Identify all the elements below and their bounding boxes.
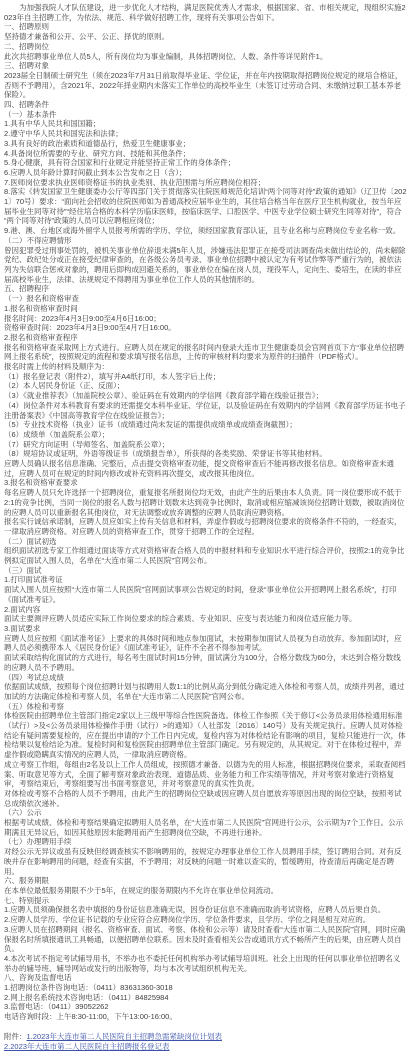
intro-paragraph: 为加强我院人才队伍建设，进一步优化人才结构，满足医院优秀人才需求，根据国家、省、… <box>4 3 407 22</box>
paragraph: 应聘人员确认报名信息准确、完整后，点击提交资格审查功能，提交资格审查后不能再修改… <box>4 459 407 478</box>
list-item: 7.医师岗位要求执业医师资格证书的执业类别、执业范围需与所应聘岗位相符； <box>4 178 407 188</box>
list-item: 2.网上报名系统技术咨询电话：（0411）84825984 <box>4 993 407 1003</box>
subsection-heading: （一）报名和资格审查 <box>4 294 407 304</box>
paragraph: 在本单位最低服务期限不少于5年，在规定的服务期限内不允许在事业单位间流动。 <box>4 886 407 896</box>
list-item: 4.具备岗位所需要的专业、研究方向、技能和其他条件； <box>4 149 407 159</box>
section-heading: 一、招聘原则 <box>4 22 407 32</box>
list-item: （8）规培协议或证明，外语等级证书（成绩报告单），所获得的各类奖励、荣誉证书等其… <box>4 449 407 459</box>
list-item: 2.遵守中华人民共和国宪法和法律； <box>4 129 407 139</box>
list-item: 9.港、澳、台地区或海外留学人员报考所需的学历、学位，须经国家教育部认证，且专业… <box>4 226 407 236</box>
paragraph: 坚持德才兼备和公开、公平、公正、择优的原则。 <box>4 32 407 42</box>
paragraph: 根据考试成绩、体检和考察结果确定拟聘用人员名单，在“大连市第二人民医院”官网进行… <box>4 818 407 837</box>
list-item: （4）岗位条件对本科教育有要求的还需提交本科毕业证、学位证，以及验证码在有效期内… <box>4 401 407 420</box>
section-heading: 四、招聘条件 <box>4 100 407 110</box>
paragraph: 资格审查时间：2023年4月3日9:00至4月7日16:00。 <box>4 323 407 333</box>
paragraph: 报名时需上传的材料及顺序为： <box>4 362 407 372</box>
subsection-heading: （二）不得应聘情形 <box>4 236 407 246</box>
list-item: 8.落实《转发国家卫生健康委办公厅等四部门关于贯彻落实住院医师规范化培训“两个同… <box>4 187 407 226</box>
list-item: 1.具有中华人民共和国国籍； <box>4 119 407 129</box>
subsection-heading: （一）基本条件 <box>4 110 407 120</box>
list-item: （7）研究方向证明（导师签名、加盖院系公章）； <box>4 440 407 450</box>
list-item: （6）成绩单（加盖院系公章）； <box>4 430 407 440</box>
paragraph: 此次共招聘事业单位人员5人，所有岗位均为事业编制，具体招聘岗位、人数、条件等详见… <box>4 52 407 62</box>
list-item: 2.应聘人员学历、学位证书记载的专业应符合应聘岗位学历、学位条件要求，且学历、学… <box>4 915 407 925</box>
section-heading: 七、特别提示 <box>4 896 407 906</box>
attachment-link-plan-table[interactable]: 1.2023年大连市第二人民医院自主招聘急需紧缺岗位计划表 <box>27 1032 222 1041</box>
list-item: 3.应聘人员在招聘期间（报名、资格审查、面试、考察、体检和公示等）请及时查看“大… <box>4 925 407 954</box>
paragraph: 组织面试初选专家工作组通过面谈等方式对资格审查合格人员的申报材料和专业知识水平进… <box>4 546 407 565</box>
paragraph: 对体检或考察不合格的人员不予聘用，由此产生的招聘岗位空缺或因应聘人员自愿放弃等原… <box>4 789 407 808</box>
attachments-block: 附件：1.2023年大连市第二人民医院自主招聘急需紧缺岗位计划表 2.2023年… <box>4 1032 407 1051</box>
section-heading: 六、服务期限 <box>4 876 407 886</box>
section-heading: 三、招聘对象 <box>4 61 407 71</box>
list-item: （3）《就业推荐表》（加盖院校公章）、验证码在有效期内的学信网《教育部学籍在线验… <box>4 391 407 401</box>
subsection-heading: （五）体检和考察 <box>4 702 407 712</box>
attachment-link-registration-form[interactable]: 2.2023年大连市第二人民医院自主招聘报名登记表 <box>4 1042 169 1051</box>
section-heading: 二、招聘岗位 <box>4 42 407 52</box>
subsection-heading: （六）公示 <box>4 808 407 818</box>
paragraph: 2023届全日制硕士研究生（须在2023年7月31日前取得毕业证、学位证，并在年… <box>4 71 407 100</box>
subsection-heading: （四）考试总成绩 <box>4 673 407 683</box>
section-heading: 八、咨询及监督电话 <box>4 973 407 983</box>
document-body: 为加强我院人才队伍建设，进一步优化人才结构，满足医院优秀人才需求，根据国家、省、… <box>4 3 407 1022</box>
paragraph: 面试采取结构化面试的方式进行，每名考生面试时间15分钟，面试满分为100分，合格… <box>4 653 407 672</box>
subsection-heading: （二）面试初选 <box>4 537 407 547</box>
paragraph: 报名实行诚信承诺制，应聘人员应如实上传有关信息和材料，弄虚作假或与招聘岗位要求的… <box>4 517 407 536</box>
attachment-line-1: 附件：1.2023年大连市第二人民医院自主招聘急需紧缺岗位计划表 <box>4 1032 407 1042</box>
recruitment-announcement-document: 为加强我院人才队伍建设，进一步优化人才结构，满足医院优秀人才需求，根据国家、省、… <box>0 0 411 1057</box>
list-item: 1.应聘人员须确保报名表中填报的身份证信息准确无误，因身份证信息不准确而取消考试… <box>4 905 407 915</box>
attachment-line-2: 2.2023年大连市第二人民医院自主招聘报名登记表 <box>4 1042 407 1052</box>
paragraph: 面试主要测评应聘人员适应实际工作岗位要求的综合素质、专业知识、应变与表达能力和岗… <box>4 614 407 624</box>
list-item: 3.具有良好的政治素质和道德品行，热爱卫生健康事业； <box>4 139 407 149</box>
paragraph: 面试入围人员应按照“大连市第二人民医院”官网面试事项公告规定的时间，登录“事业单… <box>4 585 407 604</box>
paragraph: 报名时间：2023年4月3日9:00至4月6日16:00； <box>4 314 407 324</box>
list-item: 3.报名和资格审查要求 <box>4 478 407 488</box>
paragraph: 电话咨询时段：上午8:30-11:00，下午13:00-16:00。 <box>4 1012 407 1022</box>
list-item: 4.本次考试不指定考试辅导用书，不举办也不委托任何机构举办考试辅导培训班。社会上… <box>4 954 407 973</box>
paragraph: 每名应聘人员只允许选择一个招聘岗位，重复报名所报岗位均无效，由此产生的后果由本人… <box>4 488 407 517</box>
list-item: 5.身心健康，具有符合国家和行业规定并能坚持正常工作的身体条件； <box>4 158 407 168</box>
list-item: 3.面试要求 <box>4 624 407 634</box>
paragraph: 对经公示无异议或虽有反映但经调查核实不影响聘用的，按规定办理事业单位工作人员聘用… <box>4 847 407 876</box>
list-item: 6.应聘人员年龄计算时间截止到本公告发布之日（含）； <box>4 168 407 178</box>
paragraph: 成立考察工作组，每组由2名及以上工作人员组成，按照德才兼备、以德为先的用人标准，… <box>4 760 407 789</box>
paragraph: 体检医院由招聘单位主管部门指定2家以上三级甲等综合性医院备选。体检工作参照《关于… <box>4 711 407 760</box>
list-item: 1.招聘岗位条件咨询电话：（0411）83631360-3018 <box>4 983 407 993</box>
paragraph: 依据面试成绩，按照每个岗位招聘计划与拟聘用人数1:1的比例从高分到低分确定进入体… <box>4 682 407 701</box>
section-heading: 五、招聘程序 <box>4 284 407 294</box>
list-item: （2）本人居民身份证（正、反面）； <box>4 381 407 391</box>
list-item: 3.监督电话：（0411）39052262 <box>4 1002 407 1012</box>
list-item: （1）报名登记表（附件2），填写并A4纸打印，本人签字后上传； <box>4 372 407 382</box>
paragraph: 报名和资格审查采取网上方式进行。应聘人员在规定的报名时间内登录大连市卫生健康委员… <box>4 343 407 362</box>
list-item: 1.打印面试准考证 <box>4 575 407 585</box>
paragraph: 应聘人员应按照《面试准考证》上要求的具体时间和地点参加面试，未按期参加面试人员视… <box>4 634 407 653</box>
attachments-label: 附件： <box>4 1032 27 1041</box>
subsection-heading: （七）办理聘用手续 <box>4 837 407 847</box>
list-item: 2.面试内容 <box>4 605 407 615</box>
list-item: （5）专业技术资格（执业）证书（成绩通过尚未发证的需提供成绩单或成绩查询截图）； <box>4 420 407 430</box>
subsection-heading: （三）面试 <box>4 566 407 576</box>
list-item: 1.报名和资格审查时间 <box>4 304 407 314</box>
list-item: 2.报名和资格审查程序 <box>4 333 407 343</box>
paragraph: 曾因犯罪受过刑事处罚的，被机关事业单位辞退未满5年人员，涉嫌违法犯罪正在接受司法… <box>4 246 407 285</box>
